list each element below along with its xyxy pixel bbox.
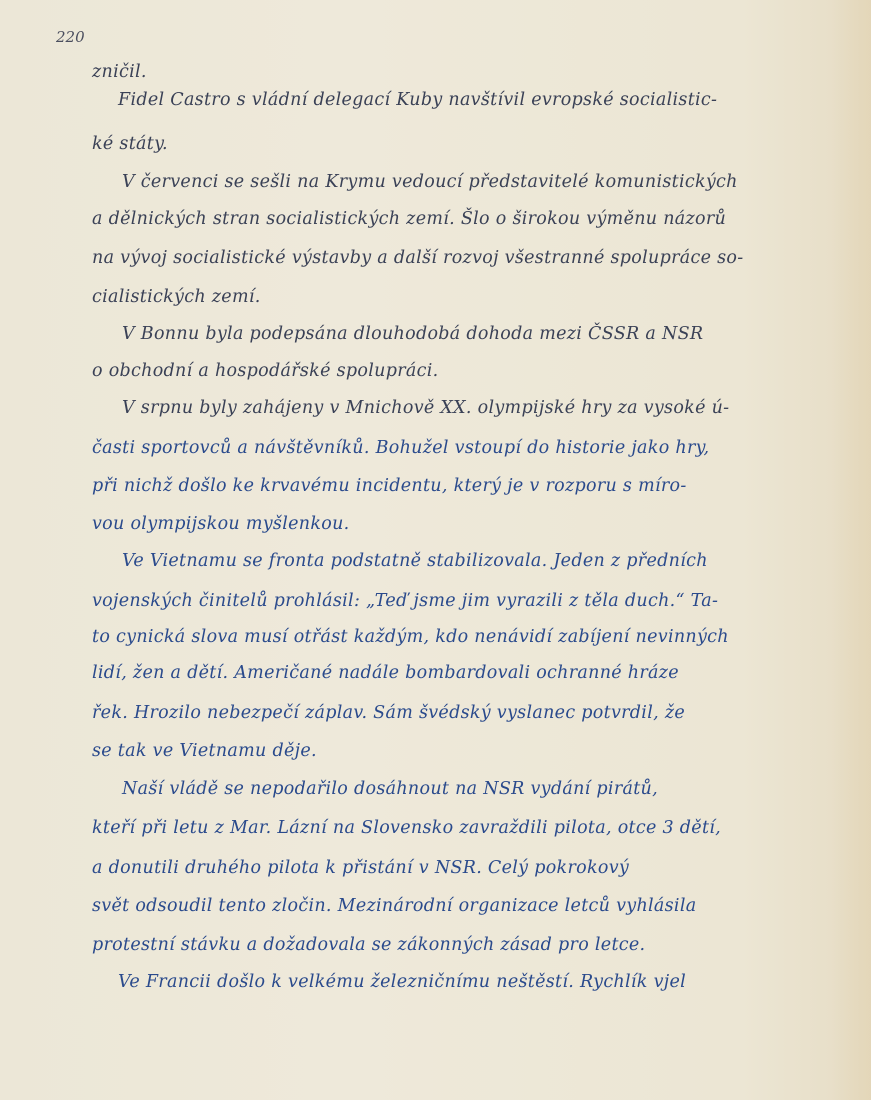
text-line: se tak ve Vietnamu děje. — [92, 741, 317, 761]
text-line: vojenských činitelů prohlásil: „Teď jsme… — [92, 591, 718, 611]
text-line: při nichž došlo ke krvavému incidentu, k… — [92, 476, 687, 496]
text-line: řek. Hrozilo nebezpečí záplav. Sám švéds… — [92, 703, 685, 723]
text-line: o obchodní a hospodářské spolupráci. — [92, 361, 438, 381]
handwritten-chronicle-page: 220 zničil. Fidel Castro s vládní delega… — [0, 0, 871, 1100]
text-line: a donutili druhého pilota k přistání v N… — [92, 858, 629, 878]
text-line: Fidel Castro s vládní delegací Kuby navš… — [118, 90, 717, 110]
text-line: a dělnických stran socialistických zemí.… — [92, 209, 726, 229]
text-line: kteří při letu z Mar. Lázní na Slovensko… — [92, 818, 721, 838]
text-line: ké státy. — [92, 134, 168, 154]
text-line: na vývoj socialistické výstavby a další … — [92, 248, 743, 268]
text-line: protestní stávku a dožadovala se zákonný… — [92, 935, 645, 955]
text-line: V červenci se sešli na Krymu vedoucí pře… — [122, 172, 738, 192]
text-line: lidí, žen a dětí. Američané nadále bomba… — [92, 663, 679, 683]
text-line: Ve Vietnamu se fronta podstatně stabiliz… — [122, 551, 708, 571]
text-line: svět odsoudil tento zločin. Mezinárodní … — [92, 896, 696, 916]
text-line: zničil. — [92, 62, 147, 82]
text-line: V Bonnu byla podepsána dlouhodobá dohoda… — [122, 324, 703, 344]
page-number: 220 — [56, 28, 85, 46]
text-line: V srpnu byly zahájeny v Mnichově XX. oly… — [122, 398, 729, 418]
text-line: vou olympijskou myšlenkou. — [92, 514, 350, 534]
text-line: cialistických zemí. — [92, 287, 261, 307]
text-line: to cynická slova musí otřást každým, kdo… — [92, 627, 729, 647]
text-line: časti sportovců a návštěvníků. Bohužel v… — [92, 438, 709, 458]
text-line: Ve Francii došlo k velkému železničnímu … — [118, 972, 686, 992]
text-line: Naší vládě se nepodařilo dosáhnout na NS… — [122, 779, 658, 799]
